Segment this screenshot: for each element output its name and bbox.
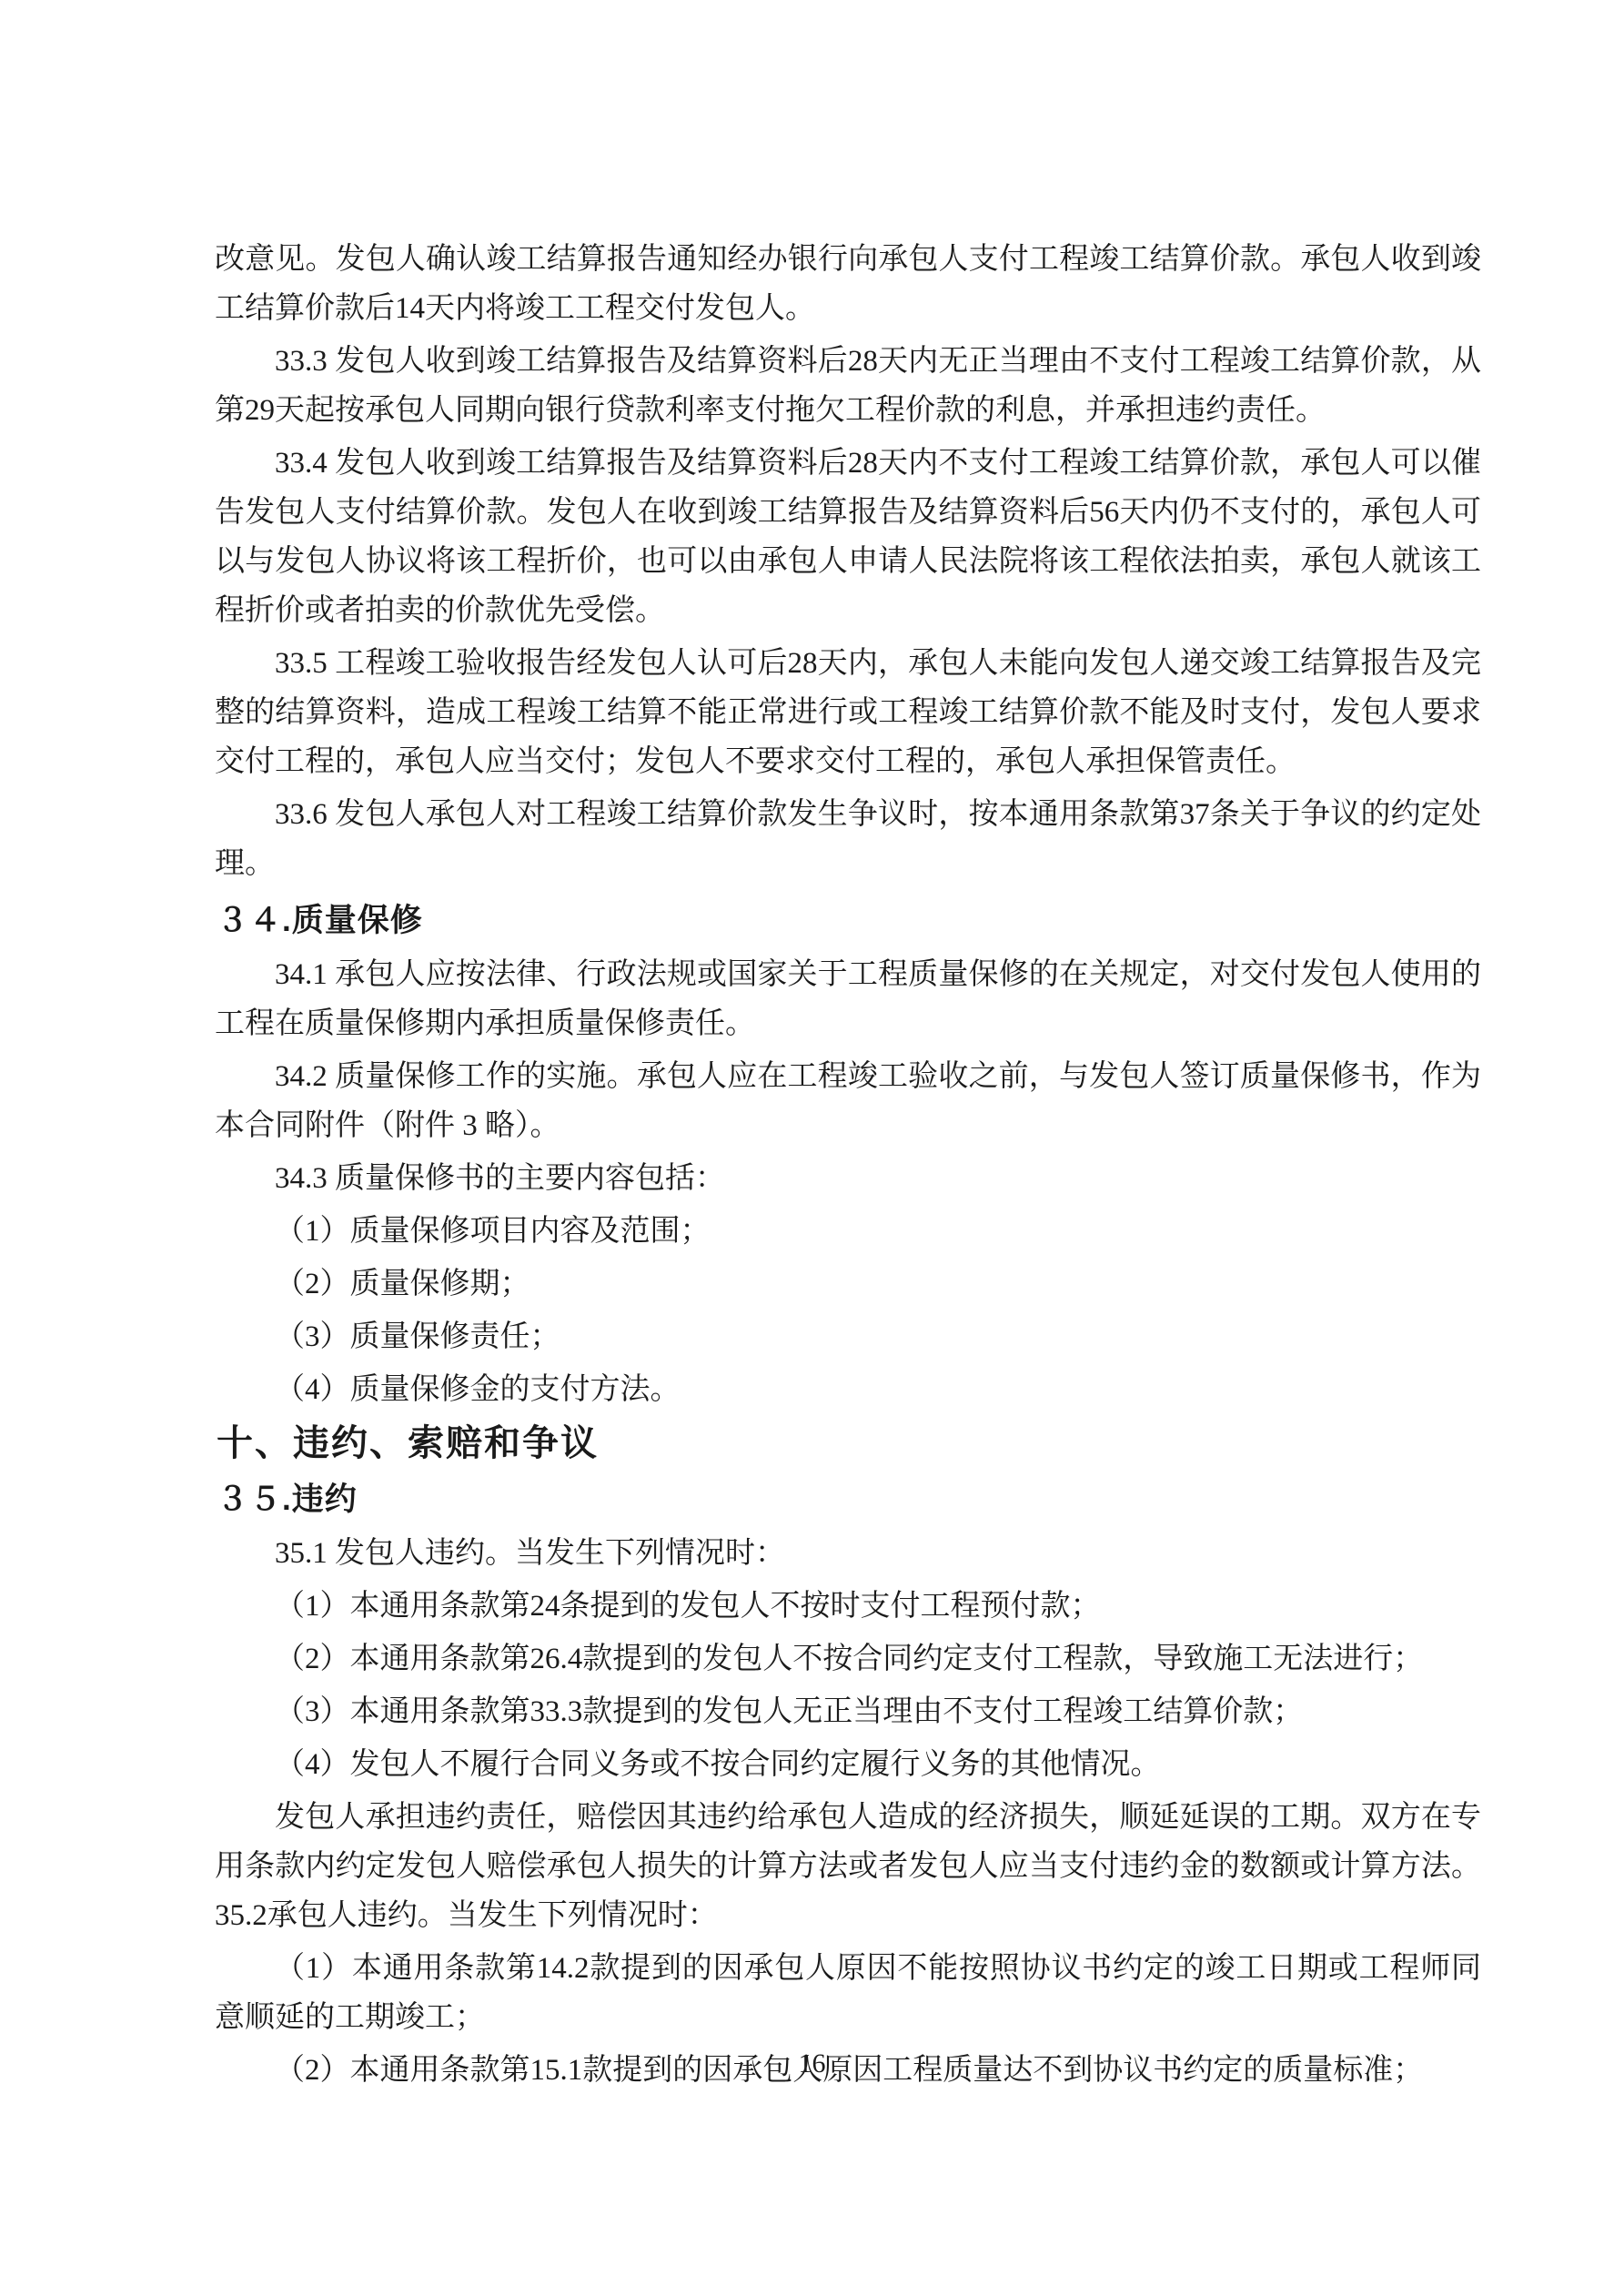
heading-chapter-10: 十、违约、索赔和争议 (217, 1421, 1481, 1465)
paragraph-33-4: 33.4 发包人收到竣工结算报告及结算资料后28天内不支付工程竣工结算价款，承包… (215, 439, 1481, 635)
document-page: 改意见。发包人确认竣工结算报告通知经办银行向承包人支付工程竣工结算价款。承包人收… (0, 0, 1624, 2296)
paragraph-34-3: 34.3 质量保修书的主要内容包括： (215, 1154, 1481, 1203)
heading-clause-34: ３４.质量保修 (217, 901, 1481, 941)
paragraph-35-2: 发包人承担违约责任，赔偿因其违约给承包人造成的经济损失，顺延延误的工期。双方在专… (215, 1793, 1481, 1940)
document-body: 改意见。发包人确认竣工结算报告通知经办银行向承包人支付工程竣工结算价款。承包人收… (215, 235, 1481, 2099)
paragraph-33-5: 33.5 工程竣工验收报告经发包人认可后28天内，承包人未能向发包人递交竣工结算… (215, 639, 1481, 786)
list-item-34-3-4: （4）质量保修金的支付方法。 (215, 1365, 1481, 1414)
list-item-35-1-4: （4）发包人不履行合同义务或不按合同约定履行义务的其他情况。 (215, 1740, 1481, 1789)
page-number: 16 (0, 2046, 1624, 2082)
list-item-35-2-1: （1）本通用条款第14.2款提到的因承包人原因不能按照协议书约定的竣工日期或工程… (215, 1944, 1481, 2042)
paragraph-35-1: 35.1 发包人违约。当发生下列情况时： (215, 1529, 1481, 1578)
paragraph-34-1: 34.1 承包人应按法律、行政法规或国家关于工程质量保修的在关规定，对交付发包人… (215, 950, 1481, 1048)
paragraph-33-6: 33.6 发包人承包人对工程竣工结算价款发生争议时，按本通用条款第37条关于争议… (215, 790, 1481, 888)
list-item-35-1-1: （1）本通用条款第24条提到的发包人不按时支付工程预付款； (215, 1582, 1481, 1631)
heading-clause-35: ３５.违约 (217, 1480, 1481, 1520)
list-item-34-3-1: （1）质量保修项目内容及范围； (215, 1207, 1481, 1256)
list-item-34-3-2: （2）质量保修期； (215, 1259, 1481, 1309)
list-item-34-3-3: （3）质量保修责任； (215, 1312, 1481, 1361)
paragraph-33-3: 33.3 发包人收到竣工结算报告及结算资料后28天内无正当理由不支付工程竣工结算… (215, 337, 1481, 435)
paragraph-33-2-continuation: 改意见。发包人确认竣工结算报告通知经办银行向承包人支付工程竣工结算价款。承包人收… (215, 235, 1481, 333)
paragraph-34-2: 34.2 质量保修工作的实施。承包人应在工程竣工验收之前，与发包人签订质量保修书… (215, 1052, 1481, 1150)
list-item-35-1-3: （3）本通用条款第33.3款提到的发包人无正当理由不支付工程竣工结算价款； (215, 1687, 1481, 1736)
list-item-35-1-2: （2）本通用条款第26.4款提到的发包人不按合同约定支付工程款，导致施工无法进行… (215, 1634, 1481, 1684)
